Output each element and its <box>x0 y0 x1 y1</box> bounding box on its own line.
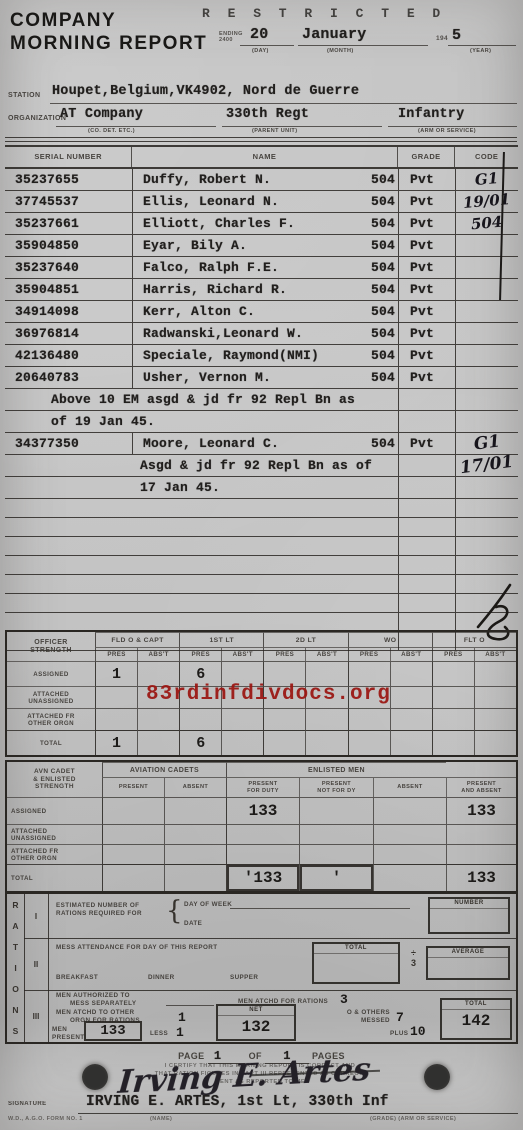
name-text: Speciale, Raymond(NMI) <box>143 345 319 366</box>
enlisted-strength-table: AVN CADET & ENLISTED STRENGTH AVIATION C… <box>5 760 518 893</box>
handwritten-code: 17/01 <box>459 453 514 478</box>
row-label-attached-unassigned: ATTACHEDUNASSIGNED <box>7 824 102 844</box>
enlisted-cell <box>373 844 446 864</box>
grade-cell: Pvt <box>398 323 455 344</box>
roster-row: 35237661 Elliott, Charles F.504 Pvt 504 <box>5 213 518 235</box>
less-value: 1 <box>176 1025 184 1040</box>
roster-row: 37745537 Ellis, Leonard N.504 Pvt 19/01 <box>5 191 518 213</box>
pres-header: PRES <box>432 647 474 661</box>
col-code: CODE <box>454 147 518 167</box>
name-text: Radwanski,Leonard W. <box>143 323 303 344</box>
restricted-stamp: R E S T R I C T E D <box>202 6 445 21</box>
roster-row: 34914098 Kerr, Alton C.504 Pvt <box>5 301 518 323</box>
date-day: 20 <box>250 26 268 43</box>
organization-unit: AT Company <box>60 107 143 122</box>
roster-row: 35904850 Eyar, Bily A.504 Pvt <box>5 235 518 257</box>
enlisted-cell <box>299 797 373 824</box>
total-box: TOTAL <box>312 942 400 984</box>
officer-cell <box>474 686 516 708</box>
rations-section: R A T I O N S I ESTIMATED NUMBER OF RATI… <box>5 892 518 1044</box>
roster-row: 35904851 Harris, Richard R.504 Pvt <box>5 279 518 301</box>
name-cell: Elliott, Charles F.504 <box>132 213 398 234</box>
double-rule <box>5 137 517 142</box>
sub-present: PRESENT <box>102 777 164 797</box>
name-cell: Harris, Richard R.504 <box>132 279 398 300</box>
officer-cell <box>474 730 516 755</box>
mos-number: 504 <box>371 257 395 278</box>
handwritten-code: G1 <box>473 432 501 454</box>
serial-cell: 34914098 <box>5 301 132 322</box>
year-underline <box>448 44 516 46</box>
name-text: Eyar, Bily A. <box>143 235 247 256</box>
sub-absent: ABSENT <box>164 777 226 797</box>
numeral-II: II <box>24 938 49 990</box>
empty-row <box>5 518 518 537</box>
sub-present-and-absent: PRESENTAND ABSENT <box>446 777 516 797</box>
serial-cell: 42136480 <box>5 345 132 366</box>
row-label-assigned: ASSIGNED <box>7 797 102 824</box>
group-1st-lt: 1ST LT <box>179 632 263 647</box>
remark-text: Above 10 EM asgd & jd fr 92 Repl Bn as <box>5 389 398 410</box>
name-text: Duffy, Robert N. <box>143 169 271 190</box>
row-label-attached-unassigned: ATTACHEDUNASSIGNED <box>7 686 95 708</box>
group-wo: WO <box>348 632 432 647</box>
enlisted-cell <box>373 797 446 824</box>
group-2d-lt: 2D LT <box>263 632 347 647</box>
handwritten-code: 19/01 <box>463 190 512 213</box>
mos-number: 504 <box>371 169 395 190</box>
serial-cell: 35237640 <box>5 257 132 278</box>
grade-cell: Pvt <box>398 191 455 212</box>
row-label-total: TOTAL <box>7 730 95 755</box>
officer-label-1: OFFICER <box>34 639 68 647</box>
code-cell <box>455 389 518 410</box>
name-text: Ellis, Leonard N. <box>143 191 279 212</box>
serial-cell: 35904851 <box>5 279 132 300</box>
code-cell: 504 <box>455 213 518 234</box>
grade-cell <box>398 477 455 498</box>
enlisted-cell <box>446 844 516 864</box>
day-sublabel: (DAY) <box>252 48 269 54</box>
punch-hole-left <box>82 1064 108 1090</box>
serial-cell: 35237661 <box>5 213 132 234</box>
signature-label: SIGNATURE <box>8 1101 47 1107</box>
grade-cell <box>398 411 455 432</box>
enlisted-cell <box>102 824 164 844</box>
abst-header: ABS'T <box>474 647 516 661</box>
grade-sublabel: (GRADE) (ARM OR SERVICE) <box>370 1116 456 1122</box>
officer-strength-label: OFFICER STRENGTH <box>7 632 95 661</box>
roster-header-row: SERIAL NUMBER NAME GRADE CODE <box>5 145 518 169</box>
remark-row: 17 Jan 45. <box>5 477 518 499</box>
officer-cell <box>263 708 305 730</box>
date-month: January <box>302 26 366 43</box>
code-cell <box>455 345 518 366</box>
code-cell: 19/01 <box>455 191 518 212</box>
breakfast-label: BREAKFAST <box>56 974 98 982</box>
empty-row <box>5 575 518 594</box>
code-cell <box>455 257 518 278</box>
org-underline-2 <box>222 125 382 127</box>
name-cell: Falco, Ralph F.E.504 <box>132 257 398 278</box>
sub-present-not-for-dy: PRESENTNOT FOR DY <box>299 777 373 797</box>
others-messed-label: O & OTHERS MESSED <box>330 1009 390 1024</box>
officer-cell <box>221 708 263 730</box>
mos-number: 504 <box>371 279 395 300</box>
empty-row <box>5 556 518 575</box>
day-of-week-blank <box>230 907 410 909</box>
organization-parent-unit: 330th Regt <box>226 107 309 122</box>
officer-cell <box>263 730 305 755</box>
enlisted-cell <box>446 824 516 844</box>
grade-cell: Pvt <box>398 257 455 278</box>
code-cell <box>455 411 518 432</box>
average-box: AVERAGE <box>426 946 510 980</box>
name-text: Kerr, Alton C. <box>143 301 255 322</box>
enlisted-cell: ' <box>299 864 373 891</box>
col-grade: GRADE <box>397 147 455 167</box>
row-label-attached-fr-other: ATTACHED FROTHER ORGN <box>7 708 95 730</box>
mos-number: 504 <box>371 213 395 234</box>
enlisted-cell <box>373 864 446 891</box>
grade-cell: Pvt <box>398 235 455 256</box>
brace: { <box>166 896 183 926</box>
sub-absent-em: ABSENT <box>373 777 446 797</box>
serial-cell: 20640783 <box>5 367 132 388</box>
name-cell: Moore, Leonard C.504 <box>132 433 398 454</box>
abst-header: ABS'T <box>221 647 263 661</box>
officer-cell <box>348 730 390 755</box>
numeral-III: III <box>24 990 49 1043</box>
grade-cell <box>398 389 455 410</box>
enlisted-cell <box>102 844 164 864</box>
roster-row: 42136480 Speciale, Raymond(NMI)504 Pvt <box>5 345 518 367</box>
month-underline <box>298 44 428 46</box>
handwritten-code: 504 <box>471 213 504 235</box>
remark-row: of 19 Jan 45. <box>5 411 518 433</box>
date-year-digit: 5 <box>452 27 461 44</box>
year-sublabel: (YEAR) <box>470 48 491 54</box>
form-number: W.D., A.G.O. FORM NO. 1 <box>8 1116 83 1122</box>
month-sublabel: (MONTH) <box>327 48 354 54</box>
officer-cell: 1 <box>95 661 137 686</box>
plus-value: 10 <box>410 1024 426 1039</box>
code-cell <box>455 235 518 256</box>
officer-cell <box>137 730 179 755</box>
abst-header: ABS'T <box>390 647 432 661</box>
handwritten-code: G1 <box>475 169 500 190</box>
enlisted-cell <box>164 824 226 844</box>
rations-section-3: III MEN AUTHORIZED TO MESS SEPARATELY ME… <box>24 990 516 1043</box>
group-flt-o: FLT O <box>432 632 516 647</box>
enlisted-cell <box>102 864 164 891</box>
remark-text: Asgd & jd fr 92 Repl Bn as of <box>5 455 398 476</box>
group-enlisted-men: ENLISTED MEN <box>226 762 446 777</box>
enlisted-cell <box>102 797 164 824</box>
pres-header: PRES <box>263 647 305 661</box>
rations-section-2: II MESS ATTENDANCE FOR DAY OF THIS REPOR… <box>24 938 516 991</box>
form-title-line2: MORNING REPORT <box>10 33 207 55</box>
signature-underline <box>78 1113 518 1114</box>
plus-label: PLUS <box>390 1030 408 1038</box>
name-cell: Speciale, Raymond(NMI)504 <box>132 345 398 366</box>
grade-cell: Pvt <box>398 279 455 300</box>
officer-cell: 6 <box>179 730 221 755</box>
grade-cell: Pvt <box>398 433 455 454</box>
watermark-text: 83rdinfdivdocs.org <box>146 683 391 706</box>
mos-number: 504 <box>371 367 395 388</box>
net-box: NET 132 <box>216 1004 296 1041</box>
row-label-total: TOTAL <box>7 864 102 891</box>
org-underline-1 <box>56 125 216 127</box>
empty-row <box>5 537 518 556</box>
serial-cell: 35904850 <box>5 235 132 256</box>
mos-number: 504 <box>371 345 395 366</box>
rations-vertical-label: R A T I O N S <box>7 894 25 1042</box>
mos-number: 504 <box>371 235 395 256</box>
station-label: STATION <box>8 92 40 99</box>
officer-cell <box>390 661 432 686</box>
name-sublabel: (NAME) <box>150 1116 172 1122</box>
code-cell <box>455 301 518 322</box>
empty-row <box>5 499 518 518</box>
number-box: NUMBER <box>428 897 510 934</box>
org-sublabel-3: (ARM OR SERVICE) <box>418 128 476 134</box>
name-cell: Ellis, Leonard N.504 <box>132 191 398 212</box>
abst-header: ABS'T <box>305 647 347 661</box>
roster-row: 35237640 Falco, Ralph F.E.504 Pvt <box>5 257 518 279</box>
serial-cell: 35237655 <box>5 169 132 190</box>
enlisted-cell <box>164 864 226 891</box>
name-cell: Eyar, Bily A.504 <box>132 235 398 256</box>
form-title-line1: COMPANY <box>10 10 116 32</box>
enlisted-cell <box>373 824 446 844</box>
grade-cell: Pvt <box>398 169 455 190</box>
mos-number: 504 <box>371 191 395 212</box>
est-rations-label: ESTIMATED NUMBER OF RATIONS REQUIRED FOR <box>56 902 142 917</box>
officer-cell <box>390 708 432 730</box>
roster-row: 35237655 Duffy, Robert N.504 Pvt G1 <box>5 169 518 191</box>
col-name: NAME <box>131 147 396 167</box>
code-cell <box>455 279 518 300</box>
station-underline <box>50 102 517 104</box>
enlisted-cell <box>299 824 373 844</box>
org-sublabel-1: (CO. DET. ETC.) <box>88 128 135 134</box>
officer-cell <box>348 708 390 730</box>
mess-attendance-label: MESS ATTENDANCE FOR DAY OF THIS REPORT <box>56 944 217 952</box>
enlisted-strength-label: AVN CADET & ENLISTED STRENGTH <box>7 762 102 797</box>
name-text: Usher, Vernon M. <box>143 367 271 388</box>
roster-row: 36976814 Radwanski,Leonard W.504 Pvt <box>5 323 518 345</box>
officer-cell <box>179 708 221 730</box>
code-cell: G1 <box>455 433 518 454</box>
punch-hole-right <box>424 1064 450 1090</box>
row-label-attached-fr-other: ATTACHED FROTHER ORGN <box>7 844 102 864</box>
roster-row: 34377350 Moore, Leonard C.504 Pvt G1 <box>5 433 518 455</box>
officer-cell <box>221 730 263 755</box>
officer-cell <box>95 686 137 708</box>
men-present-box: 133 <box>84 1021 142 1041</box>
org-underline-3 <box>388 125 517 127</box>
enlisted-cell: 133 <box>226 797 299 824</box>
day-underline <box>240 44 294 46</box>
grade-cell: Pvt <box>398 213 455 234</box>
year-prefix: 194 <box>436 35 448 42</box>
enlisted-cell <box>164 844 226 864</box>
officer-cell <box>305 730 347 755</box>
grade-cell: Pvt <box>398 345 455 366</box>
remark-text: of 19 Jan 45. <box>5 411 398 432</box>
enlisted-cell <box>226 824 299 844</box>
grade-cell <box>398 455 455 476</box>
enlisted-cell: 133 <box>446 797 516 824</box>
name-text: Falco, Ralph F.E. <box>143 257 279 278</box>
signature-typed: IRVING E. ARTES, 1st Lt, 330th Inf <box>86 1094 389 1110</box>
atchd-other-orgn-value: 1 <box>178 1010 186 1025</box>
pres-header: PRES <box>95 647 137 661</box>
roster-table: SERIAL NUMBER NAME GRADE CODE 35237655 D… <box>5 145 518 651</box>
officer-cell <box>432 708 474 730</box>
rations-section-1: I ESTIMATED NUMBER OF RATIONS REQUIRED F… <box>24 894 516 939</box>
dinner-label: DINNER <box>148 974 175 982</box>
ending-time: 2400 <box>219 37 243 43</box>
officer-cell <box>474 708 516 730</box>
name-cell: Usher, Vernon M.504 <box>132 367 398 388</box>
code-cell: 17/01 <box>455 455 518 476</box>
org-sublabel-2: (PARENT UNIT) <box>252 128 297 134</box>
officer-label-2: STRENGTH <box>30 647 72 655</box>
name-text: Elliott, Charles F. <box>143 213 295 234</box>
organization-label: ORGANIZATION <box>8 115 66 122</box>
pres-header: PRES <box>348 647 390 661</box>
officer-cell: 1 <box>95 730 137 755</box>
enlisted-cell: 133 <box>446 864 516 891</box>
numeral-I: I <box>24 894 49 938</box>
empty-row <box>5 594 518 613</box>
men-authorized-label: MEN AUTHORIZED TO MESS SEPARATELY <box>56 992 136 1007</box>
enlisted-cell: '133 <box>226 864 299 891</box>
group-fld-o-capt: FLD O & CAPT <box>95 632 179 647</box>
enlisted-cell <box>164 797 226 824</box>
mos-number: 504 <box>371 301 395 322</box>
officer-cell <box>137 708 179 730</box>
remark-row: Asgd & jd fr 92 Repl Bn as of 17/01 <box>5 455 518 477</box>
mos-number: 504 <box>371 323 395 344</box>
day-of-week-label: DAY OF WEEK <box>184 901 232 909</box>
code-cell <box>455 323 518 344</box>
men-atchd-rations-value: 3 <box>340 992 348 1007</box>
officer-cell <box>432 686 474 708</box>
name-text: Harris, Richard R. <box>143 279 287 300</box>
row-label-assigned: ASSIGNED <box>7 661 95 686</box>
serial-cell: 37745537 <box>5 191 132 212</box>
name-cell: Kerr, Alton C.504 <box>132 301 398 322</box>
officer-cell <box>474 661 516 686</box>
officer-cell <box>390 686 432 708</box>
name-cell: Duffy, Robert N.504 <box>132 169 398 190</box>
remark-text: 17 Jan 45. <box>5 477 398 498</box>
organization-arm: Infantry <box>398 107 464 122</box>
code-cell <box>455 477 518 498</box>
total-rations-box: TOTAL 142 <box>440 998 512 1040</box>
divide-by-3: ÷ 3 <box>411 948 416 968</box>
sub-present-for-duty: PRESENTFOR DUTY <box>226 777 299 797</box>
col-serial-number: SERIAL NUMBER <box>5 147 131 167</box>
remark-row: Above 10 EM asgd & jd fr 92 Repl Bn as <box>5 389 518 411</box>
date-label: DATE <box>184 920 202 928</box>
officer-cell <box>390 730 432 755</box>
men-present-label: MEN PRESENT <box>52 1026 85 1041</box>
less-label: LESS <box>150 1030 168 1038</box>
officer-cell <box>432 730 474 755</box>
others-messed-value: 7 <box>396 1010 404 1025</box>
mess-separately-blank <box>166 1004 214 1006</box>
officer-cell <box>432 661 474 686</box>
pres-header: PRES <box>179 647 221 661</box>
officer-cell <box>305 708 347 730</box>
abst-header: ABS'T <box>137 647 179 661</box>
name-text: Moore, Leonard C. <box>143 433 279 454</box>
ending-label: ENDING 2400 <box>219 31 243 43</box>
serial-cell: 36976814 <box>5 323 132 344</box>
morning-report-scan: R E S T R I C T E D COMPANY MORNING REPO… <box>0 0 523 1130</box>
name-cell: Radwanski,Leonard W.504 <box>132 323 398 344</box>
grade-cell: Pvt <box>398 367 455 388</box>
enlisted-cell <box>226 844 299 864</box>
group-aviation-cadets: AVIATION CADETS <box>102 762 226 777</box>
grade-cell: Pvt <box>398 301 455 322</box>
mos-number: 504 <box>371 433 395 454</box>
serial-cell: 34377350 <box>5 433 132 454</box>
code-cell: G1 <box>455 169 518 190</box>
station-value: Houpet,Belgium,VK4902, Nord de Guerre <box>52 84 359 99</box>
enlisted-cell <box>299 844 373 864</box>
officer-cell <box>95 708 137 730</box>
supper-label: SUPPER <box>230 974 258 982</box>
roster-row: 20640783 Usher, Vernon M.504 Pvt <box>5 367 518 389</box>
code-cell <box>455 367 518 388</box>
